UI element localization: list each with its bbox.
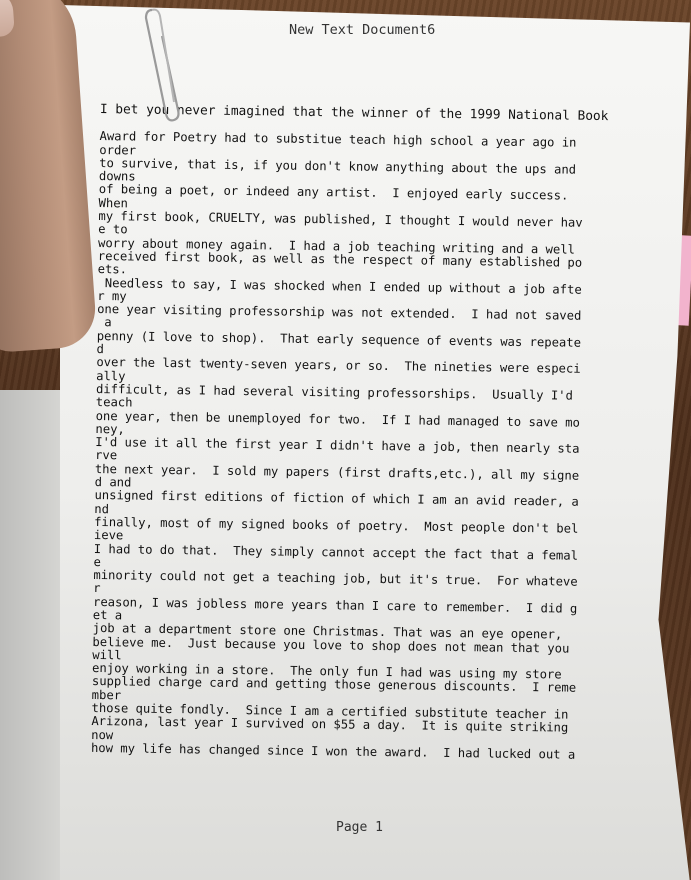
thumbnail: [0, 0, 15, 39]
document-header-title: New Text Document6: [289, 22, 435, 38]
document-body: I bet you never imagined that the winner…: [91, 103, 640, 763]
page-number-footer: Page 1: [336, 820, 383, 835]
paperclip-icon: [140, 6, 190, 126]
paper-stack-edge: [0, 390, 70, 880]
